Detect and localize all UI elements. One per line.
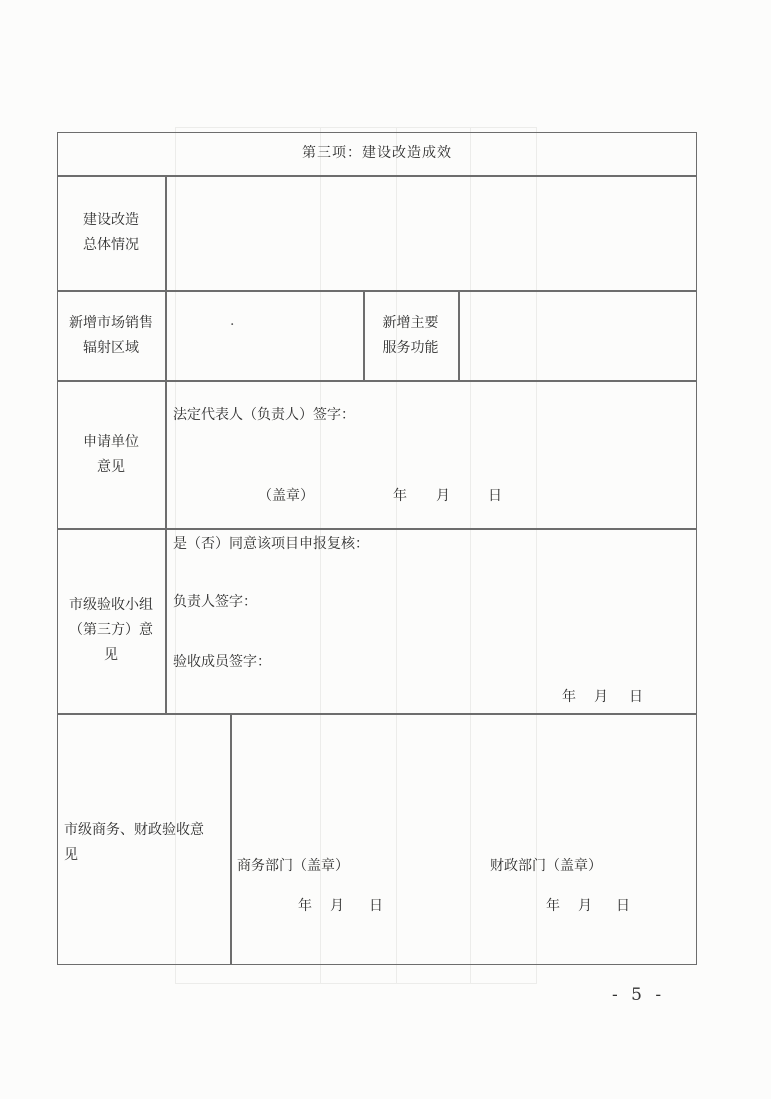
- finance-year: 年: [546, 894, 560, 919]
- overall-label: 建设改造 总体情况: [57, 208, 165, 258]
- city-group-member-field[interactable]: [285, 650, 675, 676]
- city-group-label: 市级验收小组 （第三方）意 见: [57, 593, 165, 668]
- finance-dept-seal: 财政部门（盖章）: [490, 854, 602, 879]
- market-label-line1: 新增市场销售: [57, 311, 165, 336]
- function-label: 新增主要 服务功能: [363, 311, 458, 361]
- applicant-year: 年: [393, 484, 407, 509]
- city-group-year: 年: [562, 685, 576, 710]
- applicant-day: 日: [488, 484, 502, 509]
- commerce-finance-label-line1: 市级商务、财政验收意: [64, 818, 204, 843]
- row-divider: [57, 380, 697, 382]
- commerce-finance-label-line2: 见: [64, 843, 204, 868]
- city-group-leader-field[interactable]: [270, 590, 670, 616]
- commerce-dept-seal: 商务部门（盖章）: [237, 854, 349, 879]
- city-group-leader-signature: 负责人签字：: [173, 590, 257, 615]
- commerce-year: 年: [298, 894, 312, 919]
- document-page: 第三项：建设改造成效 建设改造 总体情况 新增市场销售 辐射区域 · 新增主要 …: [0, 0, 771, 1099]
- city-group-day: 日: [629, 685, 643, 710]
- overall-input-area[interactable]: [167, 177, 695, 289]
- function-input-area[interactable]: [460, 292, 695, 379]
- city-group-member-signature: 验收成员签字：: [173, 650, 271, 675]
- commerce-opinion-area[interactable]: [232, 715, 695, 845]
- city-group-agree-field[interactable]: [400, 532, 680, 558]
- applicant-label: 申请单位 意见: [57, 430, 165, 480]
- applicant-seal: （盖章）: [258, 484, 314, 509]
- commerce-day: 日: [369, 894, 383, 919]
- city-group-month: 月: [594, 685, 608, 710]
- finance-day: 日: [616, 894, 630, 919]
- city-group-agree-prompt: 是（否）同意该项目申报复核：: [173, 532, 369, 557]
- function-label-line2: 服务功能: [363, 336, 458, 361]
- applicant-signature-field[interactable]: [360, 400, 680, 430]
- page-number: - 5 -: [612, 985, 665, 1005]
- city-group-label-line2: （第三方）意: [57, 618, 165, 643]
- commerce-finance-label: 市级商务、财政验收意 见: [64, 818, 204, 868]
- overall-label-line1: 建设改造: [57, 208, 165, 233]
- applicant-signature-prompt: 法定代表人（负责人）签字：: [173, 403, 355, 428]
- applicant-month: 月: [436, 484, 450, 509]
- finance-month: 月: [578, 894, 592, 919]
- applicant-label-line2: 意见: [57, 455, 165, 480]
- city-group-label-line3: 见: [57, 643, 165, 668]
- city-group-label-line1: 市级验收小组: [57, 593, 165, 618]
- function-label-line1: 新增主要: [363, 311, 458, 336]
- section-title: 第三项：建设改造成效: [57, 141, 697, 166]
- market-label-line2: 辐射区域: [57, 336, 165, 361]
- applicant-label-line1: 申请单位: [57, 430, 165, 455]
- commerce-month: 月: [330, 894, 344, 919]
- row-divider: [57, 528, 697, 530]
- overall-label-line2: 总体情况: [57, 233, 165, 258]
- market-label: 新增市场销售 辐射区域: [57, 311, 165, 361]
- market-input-area[interactable]: ·: [230, 313, 234, 338]
